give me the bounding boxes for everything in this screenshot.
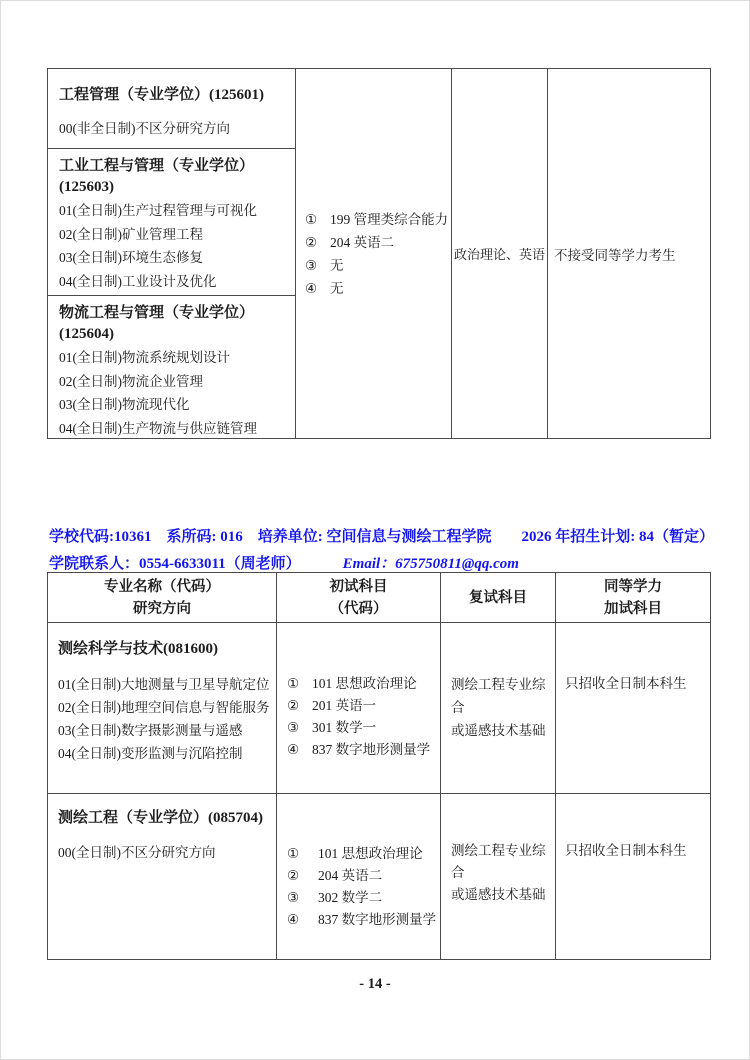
header-major-name: 专业名称（代码） 研究方向: [48, 573, 277, 623]
research-direction: 02(全日制)物流企业管理: [59, 370, 287, 394]
retest-subjects-cell: 测绘工程专业综合 或遥感技术基础: [441, 623, 556, 794]
exam-subject-item: ①101 思想政治理论: [287, 843, 440, 865]
header-line: 加试科目: [604, 598, 662, 620]
header-line: 初试科目: [330, 576, 388, 598]
equivalency-policy-cell: 只招收全日制本科生: [556, 794, 710, 959]
equivalency-text: 不接受同等学力考生: [554, 244, 676, 264]
header-line: 研究方向: [133, 598, 191, 620]
admissions-table-management-programs: 工程管理（专业学位）(125601) 00(非全日制)不区分研究方向 工业工程与…: [47, 68, 711, 439]
circled-number: ④: [287, 909, 302, 931]
research-direction-list: 01(全日制)大地测量与卫星导航定位 02(全日制)地理空间信息与智能服务 03…: [58, 673, 270, 765]
retest-line: 或遥感技术基础: [451, 884, 551, 906]
school-info-block: 学校代码:10361 系所码: 016 培养单位: 空间信息与测绘工程学院 20…: [49, 524, 711, 578]
subject-text: 无: [330, 277, 344, 300]
document-page: 工程管理（专业学位）(125601) 00(非全日制)不区分研究方向 工业工程与…: [0, 0, 750, 1060]
exam-subject-item: ②204 英语二: [287, 865, 440, 887]
subject-text: 199 管理类综合能力: [330, 208, 448, 231]
program-cell-logistics-engineering: 物流工程与管理（专业学位） (125604) 01(全日制)物流系统规划设计 0…: [48, 296, 296, 438]
retest-line: 或遥感技术基础: [451, 719, 551, 742]
research-direction: 03(全日制)数字摄影测量与遥感: [58, 719, 270, 742]
program-title: 工程管理（专业学位）(125601): [59, 85, 287, 105]
subject-text: 101 思想政治理论: [312, 673, 417, 695]
program-title: 测绘科学与技术(081600): [58, 639, 270, 659]
circled-number: ①: [305, 208, 320, 231]
research-direction: 02(全日制)矿业管理工程: [59, 223, 287, 247]
program-title: 测绘工程（专业学位）(085704): [58, 808, 270, 828]
equivalency-policy-cell: 不接受同等学力考生: [548, 69, 710, 438]
exam-subject-item: ③301 数学一: [287, 717, 440, 739]
exam-subject-item: ④837 数字地形测量学: [287, 909, 440, 931]
exam-subject-item: ③302 数学二: [287, 887, 440, 909]
research-direction-list: 01(全日制)生产过程管理与可视化 02(全日制)矿业管理工程 03(全日制)环…: [59, 199, 287, 293]
research-direction: 01(全日制)大地测量与卫星导航定位: [58, 673, 270, 696]
program-code: (125603): [59, 177, 287, 198]
subject-text: 837 数字地形测量学: [312, 739, 430, 761]
program-cell-surveying-science: 测绘科学与技术(081600) 01(全日制)大地测量与卫星导航定位 02(全日…: [48, 623, 277, 794]
exam-subject-item: ④无: [305, 277, 451, 300]
research-direction: 04(全日制)变形监测与沉陷控制: [58, 742, 270, 765]
exam-subject-item: ③无: [305, 254, 451, 277]
program-code: (125604): [59, 324, 287, 345]
circled-number: ①: [287, 673, 302, 695]
initial-exam-subjects-cell: ①101 思想政治理论 ②204 英语二 ③302 数学二 ④837 数字地形测…: [277, 794, 441, 959]
equivalency-text: 只招收全日制本科生: [565, 673, 710, 695]
program-title: 物流工程与管理（专业学位）: [59, 303, 287, 324]
program-cell-engineering-management: 工程管理（专业学位）(125601) 00(非全日制)不区分研究方向: [48, 69, 296, 149]
exam-subject-item: ④837 数字地形测量学: [287, 739, 440, 761]
research-direction: 00(非全日制)不区分研究方向: [59, 117, 287, 141]
header-initial-exam: 初试科目 （代码）: [277, 573, 441, 623]
initial-exam-subjects-cell: ①101 思想政治理论 ②201 英语一 ③301 数学一 ④837 数字地形测…: [277, 623, 441, 794]
exam-subject-item: ①199 管理类综合能力: [305, 208, 451, 231]
header-line: 同等学力: [604, 576, 662, 598]
school-info-line1: 学校代码:10361 系所码: 016 培养单位: 空间信息与测绘工程学院 20…: [49, 524, 711, 551]
circled-number: ①: [287, 843, 302, 865]
circled-number: ④: [305, 277, 320, 300]
subject-text: 204 英语二: [330, 231, 394, 254]
subject-text: 201 英语一: [312, 695, 376, 717]
retest-line: 测绘工程专业综合: [451, 840, 551, 884]
circled-number: ②: [287, 695, 302, 717]
header-line: 复试科目: [469, 587, 527, 609]
retest-subjects-cell: 测绘工程专业综合 或遥感技术基础: [441, 794, 556, 959]
header-equivalency: 同等学力 加试科目: [556, 573, 710, 623]
research-direction: 01(全日制)物流系统规划设计: [59, 346, 287, 370]
research-direction: 01(全日制)生产过程管理与可视化: [59, 199, 287, 223]
header-line: （代码）: [330, 598, 388, 620]
circled-number: ④: [287, 739, 302, 761]
circled-number: ③: [287, 887, 302, 909]
research-direction-list: 01(全日制)物流系统规划设计 02(全日制)物流企业管理 03(全日制)物流现…: [59, 346, 287, 438]
equivalency-text: 只招收全日制本科生: [565, 840, 710, 862]
program-cell-surveying-engineering: 测绘工程（专业学位）(085704) 00(全日制)不区分研究方向: [48, 794, 277, 959]
research-direction: 00(全日制)不区分研究方向: [58, 843, 270, 863]
equivalency-policy-cell: 只招收全日制本科生: [556, 623, 710, 794]
admissions-table-surveying-programs: 专业名称（代码） 研究方向 初试科目 （代码） 复试科目 同等学力 加试科目 测…: [47, 572, 711, 960]
exam-subject-item: ②204 英语二: [305, 231, 451, 254]
subject-text: 204 英语二: [318, 865, 382, 887]
program-title: 工业工程与管理（专业学位）: [59, 156, 287, 177]
research-direction: 04(全日制)工业设计及优化: [59, 270, 287, 294]
subject-text: 302 数学二: [318, 887, 382, 909]
circled-number: ③: [287, 717, 302, 739]
subject-text: 837 数字地形测量学: [318, 909, 436, 931]
exam-subject-item: ①101 思想政治理论: [287, 673, 440, 695]
research-direction: 02(全日制)地理空间信息与智能服务: [58, 696, 270, 719]
page-number: - 14 -: [1, 976, 749, 993]
research-direction: 03(全日制)物流现代化: [59, 393, 287, 417]
retest-text: 政治理论、英语: [454, 244, 545, 263]
initial-exam-subjects-cell: ①199 管理类综合能力 ②204 英语二 ③无 ④无: [296, 69, 452, 438]
research-direction: 03(全日制)环境生态修复: [59, 246, 287, 270]
header-line: 专业名称（代码）: [104, 576, 220, 598]
retest-subjects-cell: 政治理论、英语: [452, 69, 548, 438]
header-retest: 复试科目: [441, 573, 556, 623]
circled-number: ②: [287, 865, 302, 887]
research-direction: 04(全日制)生产物流与供应链管理: [59, 417, 287, 439]
subject-text: 301 数学一: [312, 717, 376, 739]
retest-line: 测绘工程专业综合: [451, 673, 551, 719]
exam-subject-item: ②201 英语一: [287, 695, 440, 717]
program-cell-industrial-engineering: 工业工程与管理（专业学位） (125603) 01(全日制)生产过程管理与可视化…: [48, 149, 296, 296]
subject-text: 无: [330, 254, 344, 277]
subject-text: 101 思想政治理论: [318, 843, 423, 865]
circled-number: ②: [305, 231, 320, 254]
circled-number: ③: [305, 254, 320, 277]
